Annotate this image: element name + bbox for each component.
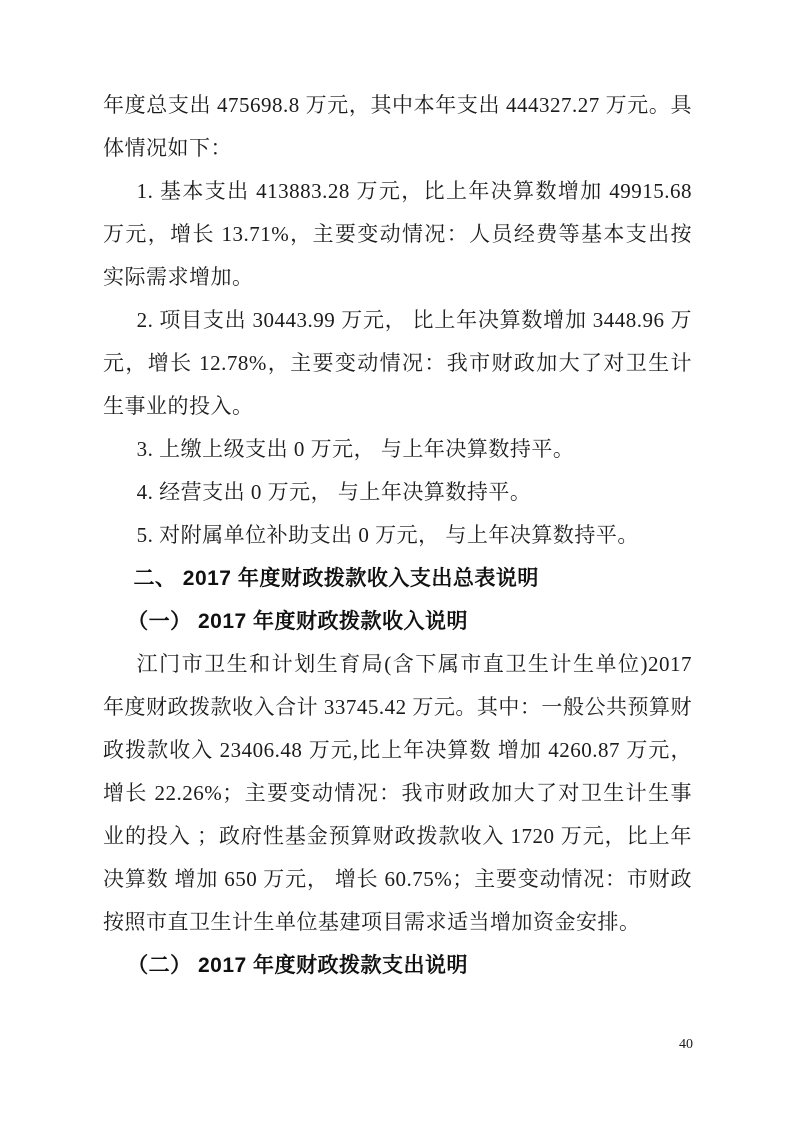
document-paragraph: 2. 项目支出 30443.99 万元， 比上年决算数增加 3448.96 万元… [103,299,692,428]
document-paragraph: 4. 经营支出 0 万元， 与上年决算数持平。 [103,471,692,514]
document-paragraph: 1. 基本支出 413883.28 万元，比上年决算数增加 49915.68 万… [103,170,692,299]
document-content: 年度总支出 475698.8 万元，其中本年支出 444327.27 万元。具体… [103,84,692,987]
document-paragraph: 年度总支出 475698.8 万元，其中本年支出 444327.27 万元。具体… [103,84,692,170]
document-page: 年度总支出 475698.8 万元，其中本年支出 444327.27 万元。具体… [0,0,793,1122]
document-paragraph: 5. 对附属单位补助支出 0 万元， 与上年决算数持平。 [103,514,692,557]
document-paragraph: 3. 上缴上级支出 0 万元， 与上年决算数持平。 [103,428,692,471]
section-heading: 二、 2017 年度财政拨款收入支出总表说明 [103,557,692,600]
document-paragraph: 江门市卫生和计划生育局(含下属市直卫生计生单位)2017 年度财政拨款收入合计 … [103,643,692,944]
section-heading: （一） 2017 年度财政拨款收入说明 [103,600,692,643]
section-heading: （二） 2017 年度财政拨款支出说明 [103,944,692,987]
page-number: 40 [672,1036,700,1054]
